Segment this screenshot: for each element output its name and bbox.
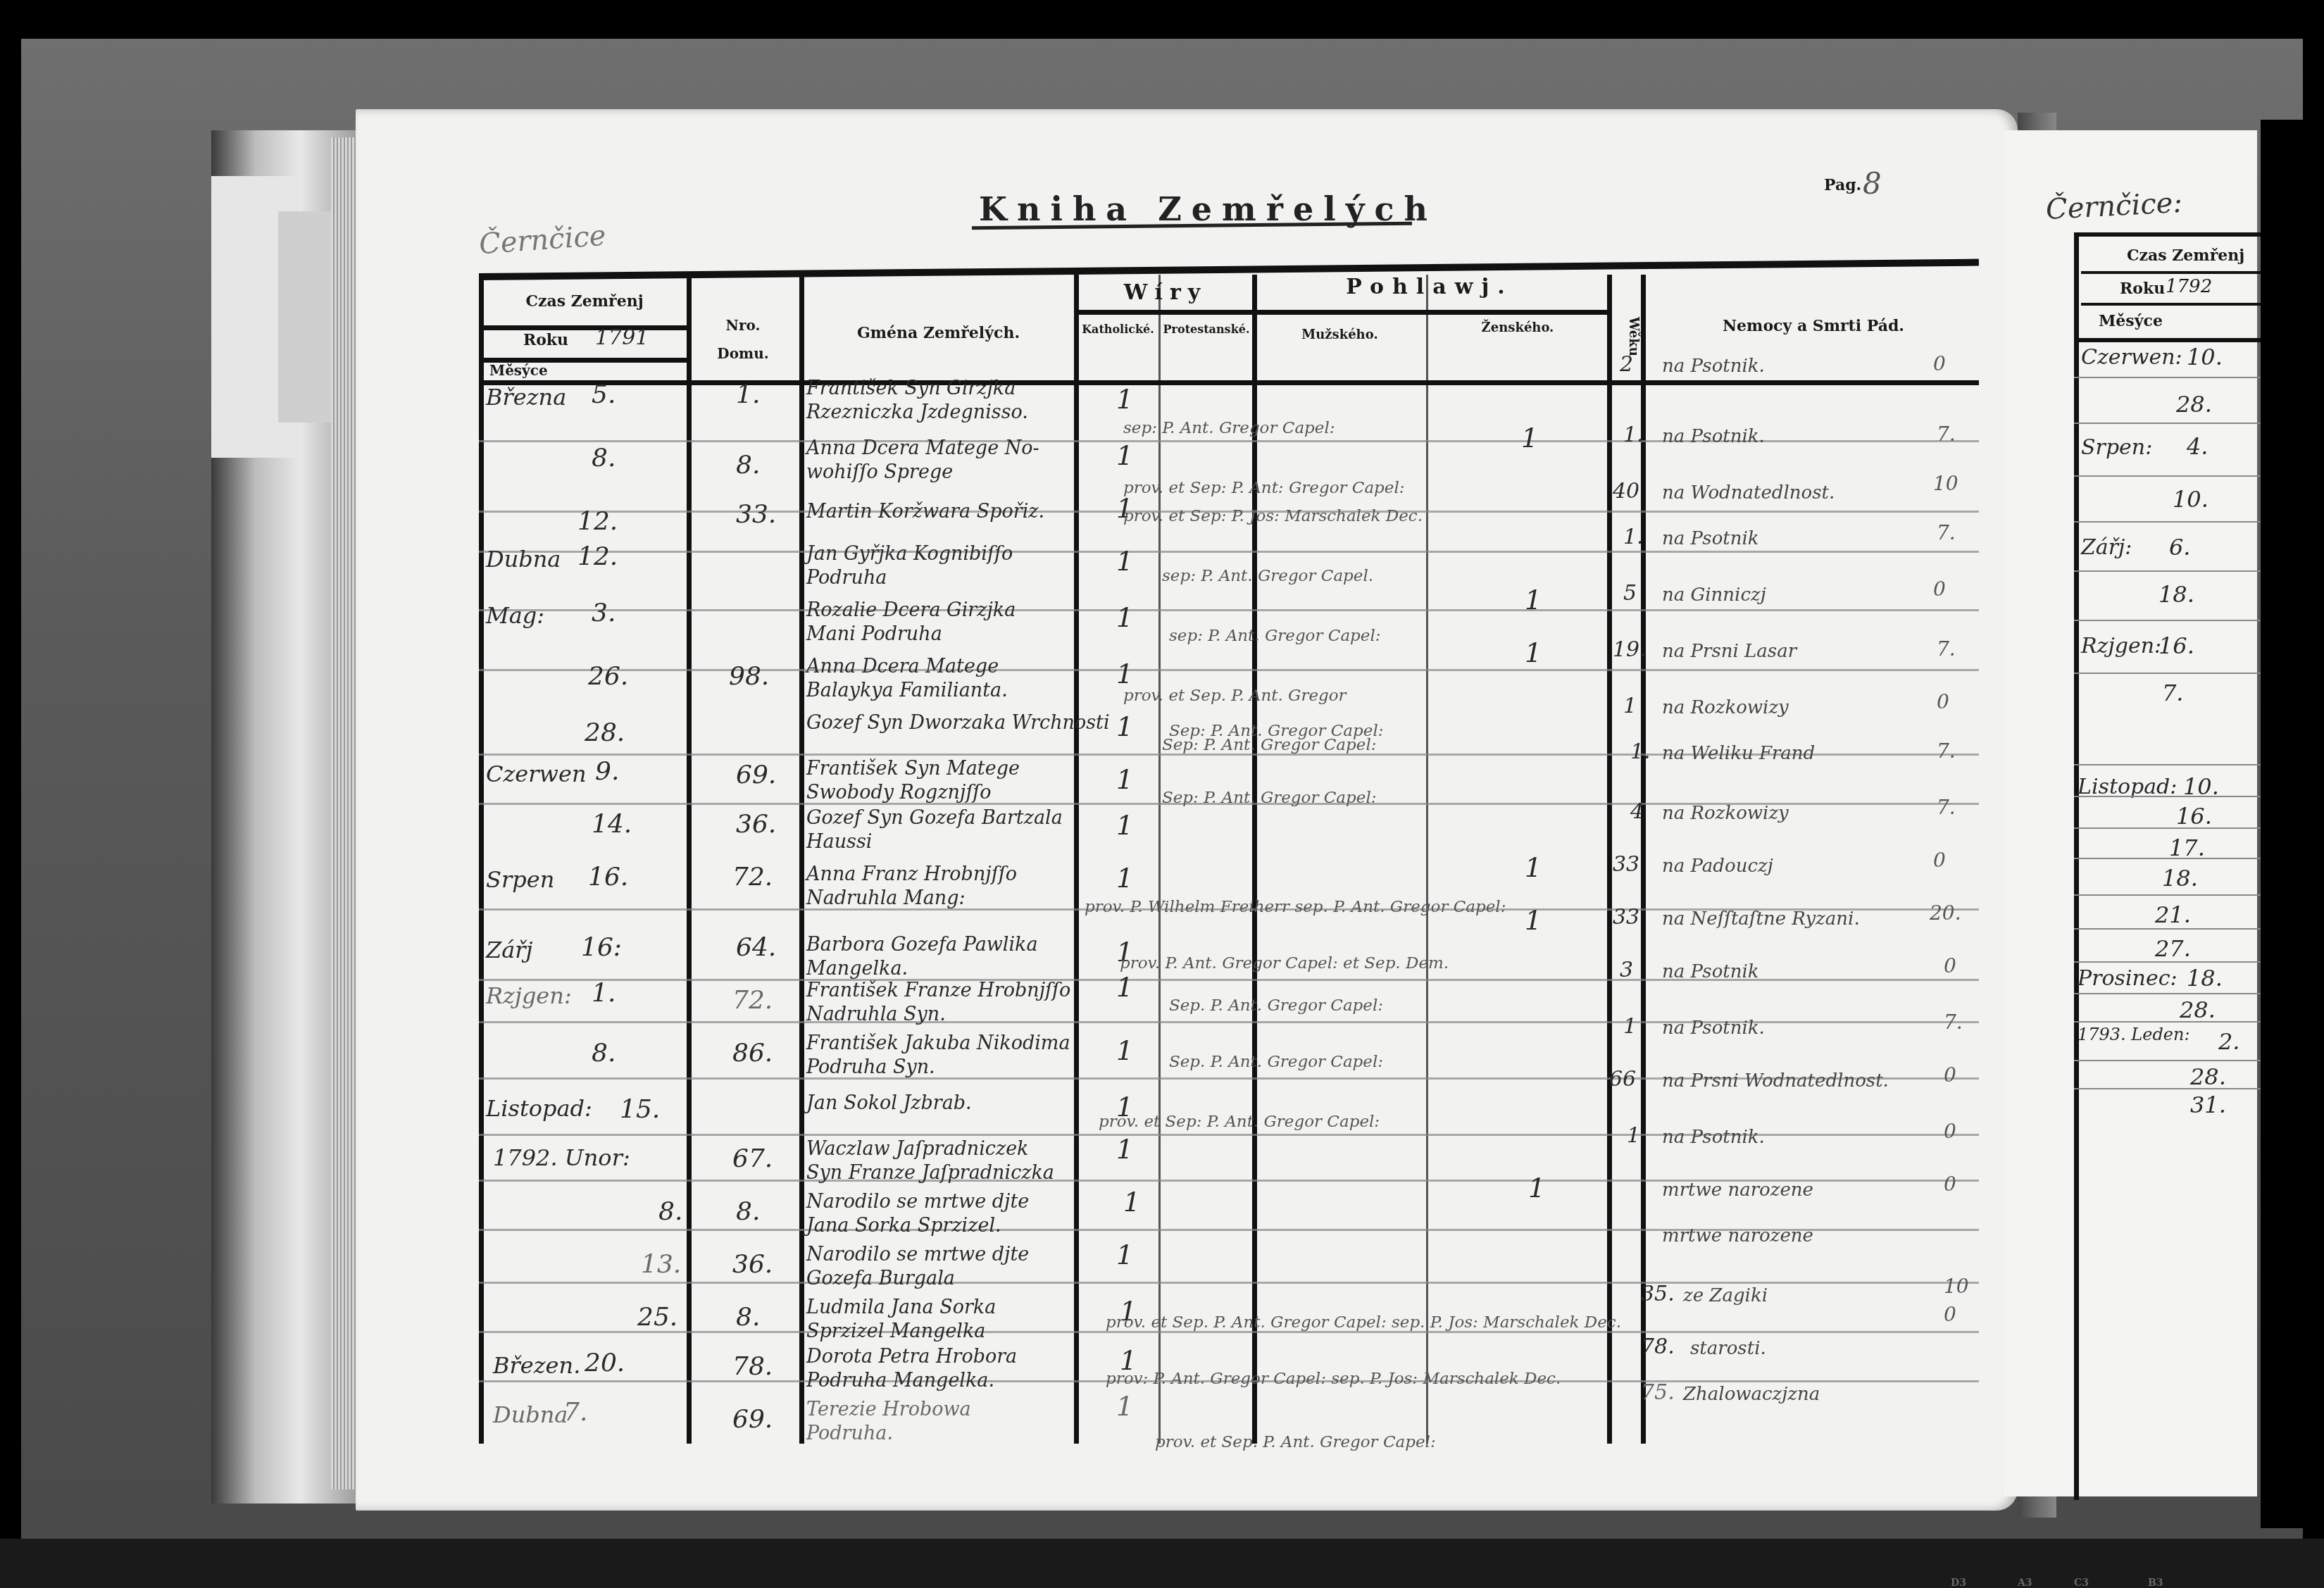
entry-cause: na Rozkowizy xyxy=(1662,803,1789,824)
name-line: Anna Franz Hrobnjſſo xyxy=(806,863,1017,887)
entry-age: 35. xyxy=(1641,1282,1675,1306)
entry-day: 16: xyxy=(581,933,622,962)
name-line: Jana Sorka Sprzizel. xyxy=(806,1214,1029,1238)
entry-house: 72. xyxy=(732,986,773,1015)
row-rule xyxy=(479,609,1979,611)
entry-day: 9. xyxy=(595,757,619,786)
entry-day: 3. xyxy=(592,599,616,627)
entry-name: Gozef Syn Dworzaka Wrchnosti xyxy=(806,711,1110,735)
entry-burial-note: prov: P. Ant. Gregor Capel: sep. P. Jos:… xyxy=(1106,1370,1561,1388)
entry-name: Waczlaw JaſpradniczekSyn Franze Jaſpradn… xyxy=(806,1137,1054,1185)
column-rule xyxy=(1158,275,1161,1444)
entry-burial-note: sep: P. Ant. Gregor Capel. xyxy=(1162,567,1373,585)
header-age: Wěku xyxy=(1606,317,1641,356)
entry-day: 7. xyxy=(563,1398,587,1427)
name-line: Gozef Syn Gozefa Bartzala xyxy=(806,806,1063,830)
entry-house: 72. xyxy=(732,863,773,892)
entry-month: Czerwen xyxy=(486,761,587,787)
entry-catholic: 1 xyxy=(1116,1035,1133,1066)
name-line: Ludmila Jana Sorka xyxy=(806,1296,996,1320)
name-line: František Jakuba Nikodima xyxy=(806,1032,1070,1056)
name-line: Gozefa Burgala xyxy=(806,1267,1029,1291)
name-line: Podruha. xyxy=(806,1422,971,1446)
rp-row-rule xyxy=(2074,894,2261,896)
column-rule xyxy=(799,275,804,1444)
name-line: wohiſſo Sprege xyxy=(806,461,1039,484)
entry-burial-note: prov. P. Ant. Gregor Capel: et Sep. Dem. xyxy=(1120,954,1449,973)
column-rule xyxy=(1607,275,1612,1444)
page-label: Pag. xyxy=(1824,176,1861,194)
column-rule xyxy=(1426,275,1428,1444)
rp-row-rule xyxy=(2074,858,2261,859)
entry-age: 66 xyxy=(1609,1067,1636,1092)
entry-house: 64. xyxy=(736,933,776,962)
entry-cause: na Wodnatedlnost. xyxy=(1662,482,1835,504)
rp-day: 28. xyxy=(2190,1063,2226,1090)
entry-catholic: 1 xyxy=(1116,1391,1133,1422)
entry-name: Ludmila Jana SorkaSprzizel Mangelka xyxy=(806,1296,996,1344)
entry-house: 86. xyxy=(732,1039,773,1068)
entry-name: František Syn GirzjkaRzezniczka Jzdegnis… xyxy=(806,377,1028,425)
entry-cause: na Ginniczj xyxy=(1662,584,1766,606)
entry-name: Anna Franz HrobnjſſoNadruhla Mang: xyxy=(806,863,1017,911)
entry-house: 8. xyxy=(736,451,760,480)
entry-name: Barbora Gozefa PawlikaMangelka. xyxy=(806,933,1038,981)
entry-house: 33. xyxy=(736,500,776,529)
entry-age: 33 xyxy=(1613,852,1639,877)
entry-margin-mark: 0 xyxy=(1944,1120,1956,1143)
page-edges xyxy=(331,137,359,1489)
rp-row-rule xyxy=(2074,377,2261,378)
entry-margin-mark: 0 xyxy=(1944,1173,1956,1196)
rp-day: 10. xyxy=(2173,486,2209,513)
rp-day: 28. xyxy=(2176,391,2212,418)
entry-name: Anna Dcera MategeBalaykya Familianta. xyxy=(806,655,1008,703)
name-line: Gozef Syn Dworzaka Wrchnosti xyxy=(806,711,1110,735)
entry-burial-note: Sep. P. Ant. Gregor Capel: xyxy=(1169,1053,1383,1071)
name-line: Swobody Rogznjſſo xyxy=(806,781,1020,805)
entry-house: 67. xyxy=(732,1144,773,1173)
header-catholic: Katholické. xyxy=(1077,323,1158,336)
entry-margin-mark: 10 xyxy=(1933,472,1958,495)
entry-margin-mark: 7. xyxy=(1937,521,1956,544)
rp-day: 16. xyxy=(2159,632,2194,659)
entry-age: 3 xyxy=(1620,958,1633,982)
rp-day: 31. xyxy=(2190,1092,2226,1118)
scale-label: C3 xyxy=(2074,1577,2089,1588)
header-rule xyxy=(1074,310,1607,315)
right-page xyxy=(2004,130,2257,1496)
header-male: Mužského. xyxy=(1254,327,1426,342)
entry-house: 36. xyxy=(736,810,776,839)
rp-month: Czerwen: xyxy=(2081,345,2182,370)
entry-burial-note: prov. et Sep. P. Ant. Gregor Capel: sep.… xyxy=(1106,1313,1621,1332)
entry-day: 20. xyxy=(585,1349,625,1377)
rp-day: 18. xyxy=(2162,865,2198,892)
entry-cause: na Psotnik. xyxy=(1662,1018,1765,1039)
page-number: 8 xyxy=(1863,166,1882,201)
entry-female: 1 xyxy=(1528,1173,1545,1203)
header-names: Gména Zemřelých. xyxy=(803,324,1074,342)
rp-row-rule xyxy=(2074,1088,2261,1089)
entry-house: 1. xyxy=(736,380,760,409)
rp-day: 18. xyxy=(2187,965,2223,992)
entry-margin-mark: 10 xyxy=(1944,1275,1969,1298)
entry-catholic: 1 xyxy=(1116,658,1133,689)
rp-row-rule xyxy=(2074,1021,2261,1023)
header-year: 1791 xyxy=(595,325,649,350)
name-line: Martin Koržwara Spořiz. xyxy=(806,500,1044,524)
entry-margin-mark: 20. xyxy=(1930,901,1961,925)
scale-label: D3 xyxy=(1951,1577,1966,1588)
entry-burial-note: Sep: P. Ant. Gregor Capel: xyxy=(1162,789,1376,807)
scan-bottom-strip xyxy=(0,1539,2324,1588)
rp-row-rule xyxy=(2074,521,2261,523)
rp-month: 1793. Leden: xyxy=(2078,1025,2190,1044)
header-bottom-rule xyxy=(479,380,1979,385)
entry-age: 1. xyxy=(1623,525,1644,549)
entry-day: 1. xyxy=(592,979,616,1008)
rp-row-rule xyxy=(2074,475,2261,477)
name-line: Podruha xyxy=(806,566,1013,590)
column-rule xyxy=(1074,275,1079,1444)
rp-header-month: Měsýce xyxy=(2099,312,2163,330)
rp-day: 27. xyxy=(2155,935,2191,962)
name-line: Waczlaw Jaſpradniczek xyxy=(806,1137,1054,1161)
entry-female: 1 xyxy=(1525,852,1542,883)
entry-burial-note: sep: P. Ant. Gregor Capel: xyxy=(1169,627,1381,645)
entry-cause: na Prsni Lasar xyxy=(1662,641,1797,662)
name-line: Dorota Petra Hrobora xyxy=(806,1345,1017,1369)
rp-month: Prosinec: xyxy=(2078,966,2178,991)
name-line: Jan Sokol Jzbrab. xyxy=(806,1092,972,1115)
header-rule xyxy=(479,325,687,330)
entry-day: 14. xyxy=(592,810,632,839)
rp-row-rule xyxy=(2074,620,2261,621)
entry-male: 1 xyxy=(1521,423,1538,454)
row-rule xyxy=(479,669,1979,671)
name-line: Anna Dcera Matege No- xyxy=(806,437,1039,461)
entry-female: 1 xyxy=(1525,584,1542,615)
entry-name: Gozef Syn Gozefa BartzalaHaussi xyxy=(806,806,1063,854)
rp-row-rule xyxy=(2074,673,2261,674)
rp-row-rule xyxy=(2074,764,2261,765)
entry-day: 5. xyxy=(592,380,616,409)
header-female: Ženského. xyxy=(1428,320,1607,335)
entry-burial-note: sep: P. Ant. Gregor Capel: xyxy=(1123,419,1335,437)
entry-name: Rozalie Dcera GirzjkaMani Podruha xyxy=(806,599,1016,646)
entry-margin-mark: 0 xyxy=(1944,954,1956,977)
rp-row-rule xyxy=(2074,796,2261,797)
column-rule xyxy=(1252,275,1257,1444)
name-line: Syn Franze Jaſpradniczka xyxy=(806,1161,1054,1185)
column-rule xyxy=(687,275,692,1444)
entry-house: 36. xyxy=(732,1250,773,1279)
entry-name: František Franze HrobnjſſoNadruhla Syn. xyxy=(806,979,1070,1027)
entry-month: Listopad: xyxy=(486,1095,592,1122)
entry-age: 1. xyxy=(1623,423,1644,447)
entry-margin-mark: 7. xyxy=(1944,1011,1963,1034)
rp-row-rule xyxy=(2074,570,2261,572)
header-protestant: Protestanské. xyxy=(1161,323,1252,336)
entry-cause: na Psotnik xyxy=(1662,528,1759,549)
header-cause: Nemocy a Smrti Pád. xyxy=(1648,317,1979,335)
header-sex: Pohlawj. xyxy=(1254,275,1606,299)
rp-day: 21. xyxy=(2155,901,2191,928)
scale-label: B3 xyxy=(2148,1577,2163,1588)
name-line: Nadruhla Mang: xyxy=(806,887,1017,911)
rp-header-rule xyxy=(2081,271,2261,274)
rp-month: Srpen: xyxy=(2081,435,2152,460)
name-line: Mani Podruha xyxy=(806,623,1016,646)
entry-day: 8. xyxy=(592,444,616,473)
rp-row-rule xyxy=(2074,827,2261,829)
entry-margin-mark: 7. xyxy=(1937,796,1956,819)
entry-day: 12. xyxy=(577,507,618,536)
row-rule xyxy=(479,1282,1979,1284)
entry-month: 1792. Unor: xyxy=(493,1144,630,1171)
entry-cause: na Neſſtaſtne Ryzani. xyxy=(1662,908,1860,930)
entry-day: 12. xyxy=(577,542,618,571)
entry-catholic: 1 xyxy=(1116,440,1133,471)
rp-header-rule xyxy=(2078,338,2261,342)
name-line: František Franze Hrobnjſſo xyxy=(806,979,1070,1003)
entry-cause: na Prsni Wodnatedlnost. xyxy=(1662,1070,1889,1092)
entry-day: 16. xyxy=(588,863,628,892)
entry-margin-mark: 0 xyxy=(1944,1063,1956,1087)
entry-house: 78. xyxy=(732,1352,773,1381)
entry-catholic: 1 xyxy=(1116,1239,1133,1270)
entry-catholic: 1 xyxy=(1116,810,1133,841)
entry-cause: na Psotnik. xyxy=(1662,426,1765,447)
entry-burial-note: prov. et Sep: P. Jos: Marschalek Dec. xyxy=(1123,507,1423,525)
entry-name: Narodilo se mrtwe djteJana Sorka Sprzize… xyxy=(806,1190,1029,1238)
rp-header-time: Czas Zemřenj xyxy=(2127,246,2244,265)
rp-day: 7. xyxy=(2162,680,2184,706)
entry-catholic: 1 xyxy=(1116,602,1133,633)
entry-month: Dubna xyxy=(486,546,561,573)
entry-age: 40 xyxy=(1613,479,1639,504)
rp-row-rule xyxy=(2074,928,2261,930)
entry-cause: na Psotnik xyxy=(1662,961,1759,982)
entry-day: 13. xyxy=(641,1250,681,1279)
entry-cause: na Padouczj xyxy=(1662,856,1773,877)
scale-label: A3 xyxy=(2018,1577,2032,1588)
entry-house: 8. xyxy=(736,1303,760,1332)
row-rule xyxy=(479,551,1979,553)
rp-header-rule xyxy=(2074,232,2261,237)
header-year-label: Roku xyxy=(493,331,599,349)
entry-burial-note: Sep. P. Ant. Gregor Capel: xyxy=(1169,996,1383,1015)
entry-margin-mark: 0 xyxy=(1933,849,1946,872)
rp-month: Zářj: xyxy=(2081,535,2132,560)
name-line: Balaykya Familianta. xyxy=(806,679,1008,703)
name-line: Terezie Hrobowa xyxy=(806,1398,971,1422)
entry-cause: na Weliku Frand xyxy=(1662,743,1815,764)
entry-burial-note: prov. et Sep. P. Ant. Gregor xyxy=(1123,687,1347,705)
entry-female: 1 xyxy=(1525,637,1542,668)
entry-burial-note: prov. et Sep. P. Ant. Gregor Capel: xyxy=(1155,1433,1436,1451)
entry-name: Anna Dcera Matege No-wohiſſo Sprege xyxy=(806,437,1039,484)
entry-cause: na Psotnik. xyxy=(1662,356,1765,377)
entry-age: 33 xyxy=(1613,905,1639,930)
header-month: Měsýce xyxy=(489,362,548,379)
name-line: Sprzizel Mangelka xyxy=(806,1320,996,1344)
rp-header-year: 1792 xyxy=(2166,276,2212,297)
entry-house: 98. xyxy=(729,662,769,691)
entry-margin-mark: 0 xyxy=(1933,352,1946,375)
rp-header-rule xyxy=(2081,303,2261,306)
entry-name: Narodilo se mrtwe djteGozefa Burgala xyxy=(806,1243,1029,1291)
entry-cause: starosti. xyxy=(1690,1338,1766,1359)
entry-cause: Zhalowaczjzna xyxy=(1683,1384,1820,1405)
entry-burial-note: prov. P. Wilhelm Freiherr sep. P. Ant. G… xyxy=(1085,898,1506,916)
entry-cause: mrtwe narozene xyxy=(1662,1225,1813,1246)
entry-house: 8. xyxy=(736,1197,760,1226)
entry-name: Jan Sokol Jzbrab. xyxy=(806,1092,972,1115)
rp-day: 4. xyxy=(2187,433,2209,460)
entry-name: František Jakuba NikodimaPodruha Syn. xyxy=(806,1032,1070,1080)
entry-name: Jan Gyřjka KognibiſſoPodruha xyxy=(806,542,1013,590)
name-line: Podruha Mangelka. xyxy=(806,1369,1017,1393)
entry-month: Března xyxy=(486,384,566,411)
entry-catholic: 1 xyxy=(1116,764,1133,795)
name-line: Rzezniczka Jzdegnisso. xyxy=(806,401,1028,425)
rp-month: Rzjgen: xyxy=(2081,634,2161,658)
entry-age: 78. xyxy=(1641,1334,1675,1359)
entry-cause: ze Zagiki xyxy=(1683,1285,1768,1306)
entry-name: Terezie HrobowaPodruha. xyxy=(806,1398,971,1446)
entry-catholic: 1 xyxy=(1116,863,1133,894)
name-line: Podruha Syn. xyxy=(806,1056,1070,1080)
entry-age: 75. xyxy=(1641,1380,1675,1405)
entry-age: 2 xyxy=(1620,352,1633,377)
entry-name: Martin Koržwara Spořiz. xyxy=(806,500,1044,524)
entry-female: 1 xyxy=(1525,905,1542,936)
entry-month: Rzjgen: xyxy=(486,982,572,1009)
entry-cause: na Rozkowizy xyxy=(1662,697,1789,718)
name-line: Narodilo se mrtwe djte xyxy=(806,1243,1029,1267)
entry-month: Dubna xyxy=(493,1401,568,1428)
name-line: Jan Gyřjka Kognibiſſo xyxy=(806,542,1013,566)
entry-burial-note: Sep: P. Ant. Gregor Capel: xyxy=(1162,736,1376,754)
entry-age: 1 xyxy=(1627,1123,1640,1148)
name-line: Rozalie Dcera Girzjka xyxy=(806,599,1016,623)
header-house-no: Nro. xyxy=(690,317,796,334)
entry-catholic: 1 xyxy=(1116,972,1133,1003)
entry-month: Zářj xyxy=(486,937,533,963)
rp-day: 28. xyxy=(2180,996,2216,1023)
rp-day: 6. xyxy=(2169,534,2191,561)
entry-day: 15. xyxy=(620,1095,660,1124)
entry-day: 25. xyxy=(637,1303,677,1332)
entry-month: Březen. xyxy=(493,1352,580,1379)
rp-header-year-label: Roku xyxy=(2120,280,2165,298)
header-faith: Wíry xyxy=(1077,280,1254,305)
scan-right-border xyxy=(2261,120,2324,1528)
entry-month: Mag: xyxy=(486,602,544,629)
rp-day: 16. xyxy=(2176,803,2212,830)
entry-age: 4 xyxy=(1630,799,1644,824)
entry-name: František Syn MategeSwobody Rogznjſſo xyxy=(806,757,1020,805)
entry-margin-mark: 0 xyxy=(1933,577,1946,601)
rp-row-rule xyxy=(2074,423,2261,424)
entry-cause: na Psotnik. xyxy=(1662,1127,1765,1148)
entry-margin-mark: 7. xyxy=(1937,739,1956,763)
entry-catholic: 1 xyxy=(1116,546,1133,577)
entry-house: 69. xyxy=(732,1405,773,1434)
name-line: František Syn Girzjka xyxy=(806,377,1028,401)
name-line: Mangelka. xyxy=(806,957,1038,981)
entry-age: 19. xyxy=(1613,637,1647,662)
entry-day: 28. xyxy=(585,718,625,747)
name-line: Barbora Gozefa Pawlika xyxy=(806,933,1038,957)
entry-day: 8. xyxy=(658,1197,682,1226)
header-time-of-death: Czas Zemřenj xyxy=(493,292,676,311)
entry-age: 1 xyxy=(1623,1014,1637,1039)
entry-margin-mark: 0 xyxy=(1944,1303,1956,1326)
entry-burial-note: prov. et Sep: P. Ant: Gregor Capel: xyxy=(1123,479,1405,497)
entry-age: 1 xyxy=(1623,694,1637,718)
entry-house: 69. xyxy=(736,761,776,789)
rp-row-rule xyxy=(2074,993,2261,994)
entry-age: 1. xyxy=(1630,739,1651,764)
name-line: Nadruhla Syn. xyxy=(806,1003,1070,1027)
entry-cause: mrtwe narozene xyxy=(1662,1180,1813,1201)
rp-row-rule xyxy=(2074,1060,2261,1061)
entry-margin-mark: 7. xyxy=(1937,423,1956,446)
header-house: Domu. xyxy=(690,345,796,362)
rp-day: 10. xyxy=(2187,344,2223,370)
column-rule xyxy=(1641,275,1646,1444)
entry-catholic: 1 xyxy=(1116,711,1133,742)
name-line: Haussi xyxy=(806,830,1063,854)
entry-month: Srpen xyxy=(486,866,554,893)
entry-catholic: 1 xyxy=(1116,384,1133,415)
entry-name: Dorota Petra HroboraPodruha Mangelka. xyxy=(806,1345,1017,1393)
entry-margin-mark: 7. xyxy=(1937,637,1956,661)
name-line: František Syn Matege xyxy=(806,757,1020,781)
rp-day: 18. xyxy=(2159,581,2194,608)
entry-catholic: 1 xyxy=(1123,1187,1140,1218)
entry-age: 5 xyxy=(1623,581,1637,606)
rp-day: 2. xyxy=(2218,1028,2240,1055)
entry-day: 26. xyxy=(588,662,628,691)
entry-margin-mark: 0 xyxy=(1937,690,1949,713)
entry-day: 8. xyxy=(592,1039,616,1068)
entry-catholic: 1 xyxy=(1116,1134,1133,1165)
entry-burial-note: prov. et Sep: P. Ant. Gregor Capel: xyxy=(1099,1113,1380,1131)
column-rule xyxy=(479,275,484,1444)
rp-row-rule xyxy=(2074,961,2261,963)
name-line: Anna Dcera Matege xyxy=(806,655,1008,679)
name-line: Narodilo se mrtwe djte xyxy=(806,1190,1029,1214)
